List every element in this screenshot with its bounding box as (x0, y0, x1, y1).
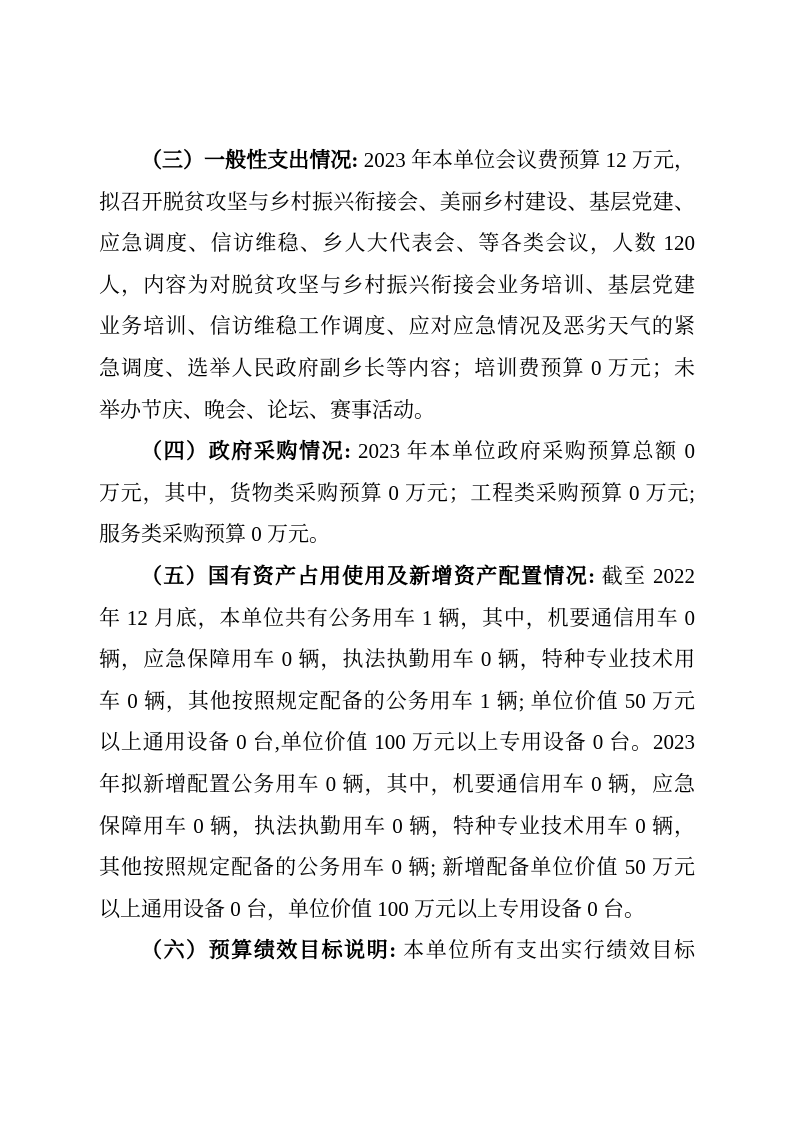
text-line: （五）国有资产占用使用及新增资产配置情况: 截至 2022 (99, 556, 695, 598)
text-line: 年拟新增配置公务用车 0 辆，其中，机要通信用车 0 辆，应急 (99, 764, 695, 806)
text-line: 以上通用设备 0 台,单位价值 100 万元以上专用设备 0 台。2023 (99, 722, 695, 764)
text-line: 拟召开脱贫攻坚与乡村振兴衔接会、美丽乡村建设、基层党建、 (99, 182, 695, 224)
line-text: 2023 年本单位政府采购预算总额 0 (351, 439, 695, 463)
line-text: 以上通用设备 0 台,单位价值 100 万元以上专用设备 0 台。2023 (99, 730, 695, 754)
text-line: 服务类采购预算 0 万元。 (99, 514, 695, 556)
text-line: （六）预算绩效目标说明: 本单位所有支出实行绩效目标 (99, 930, 695, 972)
line-text: 保障用车 0 辆，执法执勤用车 0 辆，特种专业技术用车 0 辆， (99, 814, 695, 838)
line-text: 业务培训、信访维稳工作调度、应对应急情况及恶劣天气的紧 (99, 314, 695, 338)
line-text: 急调度、选举人民政府副乡长等内容；培训费预算 0 万元；未 (99, 356, 695, 380)
text-line: 其他按照规定配备的公务用车 0 辆; 新增配备单位价值 50 万元 (99, 847, 695, 889)
text-line: 人，内容为对脱贫攻坚与乡村振兴衔接会业务培训、基层党建 (99, 265, 695, 307)
para-5-state-assets: （五）国有资产占用使用及新增资产配置情况: 截至 2022年 12 月底，本单位… (99, 556, 695, 930)
section-heading: （三）一般性支出情况: (141, 148, 358, 172)
section-heading: （五）国有资产占用使用及新增资产配置情况: (141, 564, 595, 588)
text-line: （三）一般性支出情况: 2023 年本单位会议费预算 12 万元， (99, 140, 695, 182)
line-text: 拟召开脱贫攻坚与乡村振兴衔接会、美丽乡村建设、基层党建、 (99, 190, 695, 214)
text-line: 车 0 辆，其他按照规定配备的公务用车 1 辆; 单位价值 50 万元 (99, 681, 695, 723)
line-text: 2023 年本单位会议费预算 12 万元， (358, 148, 695, 172)
line-text: 辆，应急保障用车 0 辆，执法执勤用车 0 辆，特种专业技术用 (99, 647, 695, 671)
text-line: 以上通用设备 0 台，单位价值 100 万元以上专用设备 0 台。 (99, 889, 695, 931)
line-text: 应急调度、信访维稳、乡人大代表会、等各类会议，人数 120 (99, 231, 695, 255)
text-line: 业务培训、信访维稳工作调度、应对应急情况及恶劣天气的紧 (99, 306, 695, 348)
section-heading: （四）政府采购情况: (141, 439, 351, 463)
text-line: （四）政府采购情况: 2023 年本单位政府采购预算总额 0 (99, 431, 695, 473)
text-line: 年 12 月底，本单位共有公务用车 1 辆，其中，机要通信用车 0 (99, 598, 695, 640)
text-line: 辆，应急保障用车 0 辆，执法执勤用车 0 辆，特种专业技术用 (99, 639, 695, 681)
document-body: （三）一般性支出情况: 2023 年本单位会议费预算 12 万元，拟召开脱贫攻坚… (99, 140, 695, 972)
line-text: 万元，其中，货物类采购预算 0 万元；工程类采购预算 0 万元; (99, 481, 695, 505)
text-line: 急调度、选举人民政府副乡长等内容；培训费预算 0 万元；未 (99, 348, 695, 390)
para-4-government-procurement: （四）政府采购情况: 2023 年本单位政府采购预算总额 0万元，其中，货物类采… (99, 431, 695, 556)
para-6-performance-goals: （六）预算绩效目标说明: 本单位所有支出实行绩效目标 (99, 930, 695, 972)
text-line: 举办节庆、晚会、论坛、赛事活动。 (99, 390, 695, 432)
line-text: 车 0 辆，其他按照规定配备的公务用车 1 辆; 单位价值 50 万元 (99, 689, 695, 713)
line-text: 举办节庆、晚会、论坛、赛事活动。 (99, 398, 435, 422)
line-text: 人，内容为对脱贫攻坚与乡村振兴衔接会业务培训、基层党建 (99, 273, 695, 297)
para-3-general-expenditure: （三）一般性支出情况: 2023 年本单位会议费预算 12 万元，拟召开脱贫攻坚… (99, 140, 695, 431)
line-text: 本单位所有支出实行绩效目标 (396, 938, 695, 962)
line-text: 年 12 月底，本单位共有公务用车 1 辆，其中，机要通信用车 0 (99, 606, 695, 630)
line-text: 以上通用设备 0 台，单位价值 100 万元以上专用设备 0 台。 (99, 897, 645, 921)
document-page: （三）一般性支出情况: 2023 年本单位会议费预算 12 万元，拟召开脱贫攻坚… (0, 0, 793, 1122)
line-text: 截至 2022 (595, 564, 695, 588)
section-heading: （六）预算绩效目标说明: (141, 938, 396, 962)
text-line: 万元，其中，货物类采购预算 0 万元；工程类采购预算 0 万元; (99, 473, 695, 515)
text-line: 保障用车 0 辆，执法执勤用车 0 辆，特种专业技术用车 0 辆， (99, 806, 695, 848)
text-line: 应急调度、信访维稳、乡人大代表会、等各类会议，人数 120 (99, 223, 695, 265)
line-text: 其他按照规定配备的公务用车 0 辆; 新增配备单位价值 50 万元 (99, 855, 695, 879)
line-text: 年拟新增配置公务用车 0 辆，其中，机要通信用车 0 辆，应急 (99, 772, 695, 796)
line-text: 服务类采购预算 0 万元。 (99, 522, 330, 546)
